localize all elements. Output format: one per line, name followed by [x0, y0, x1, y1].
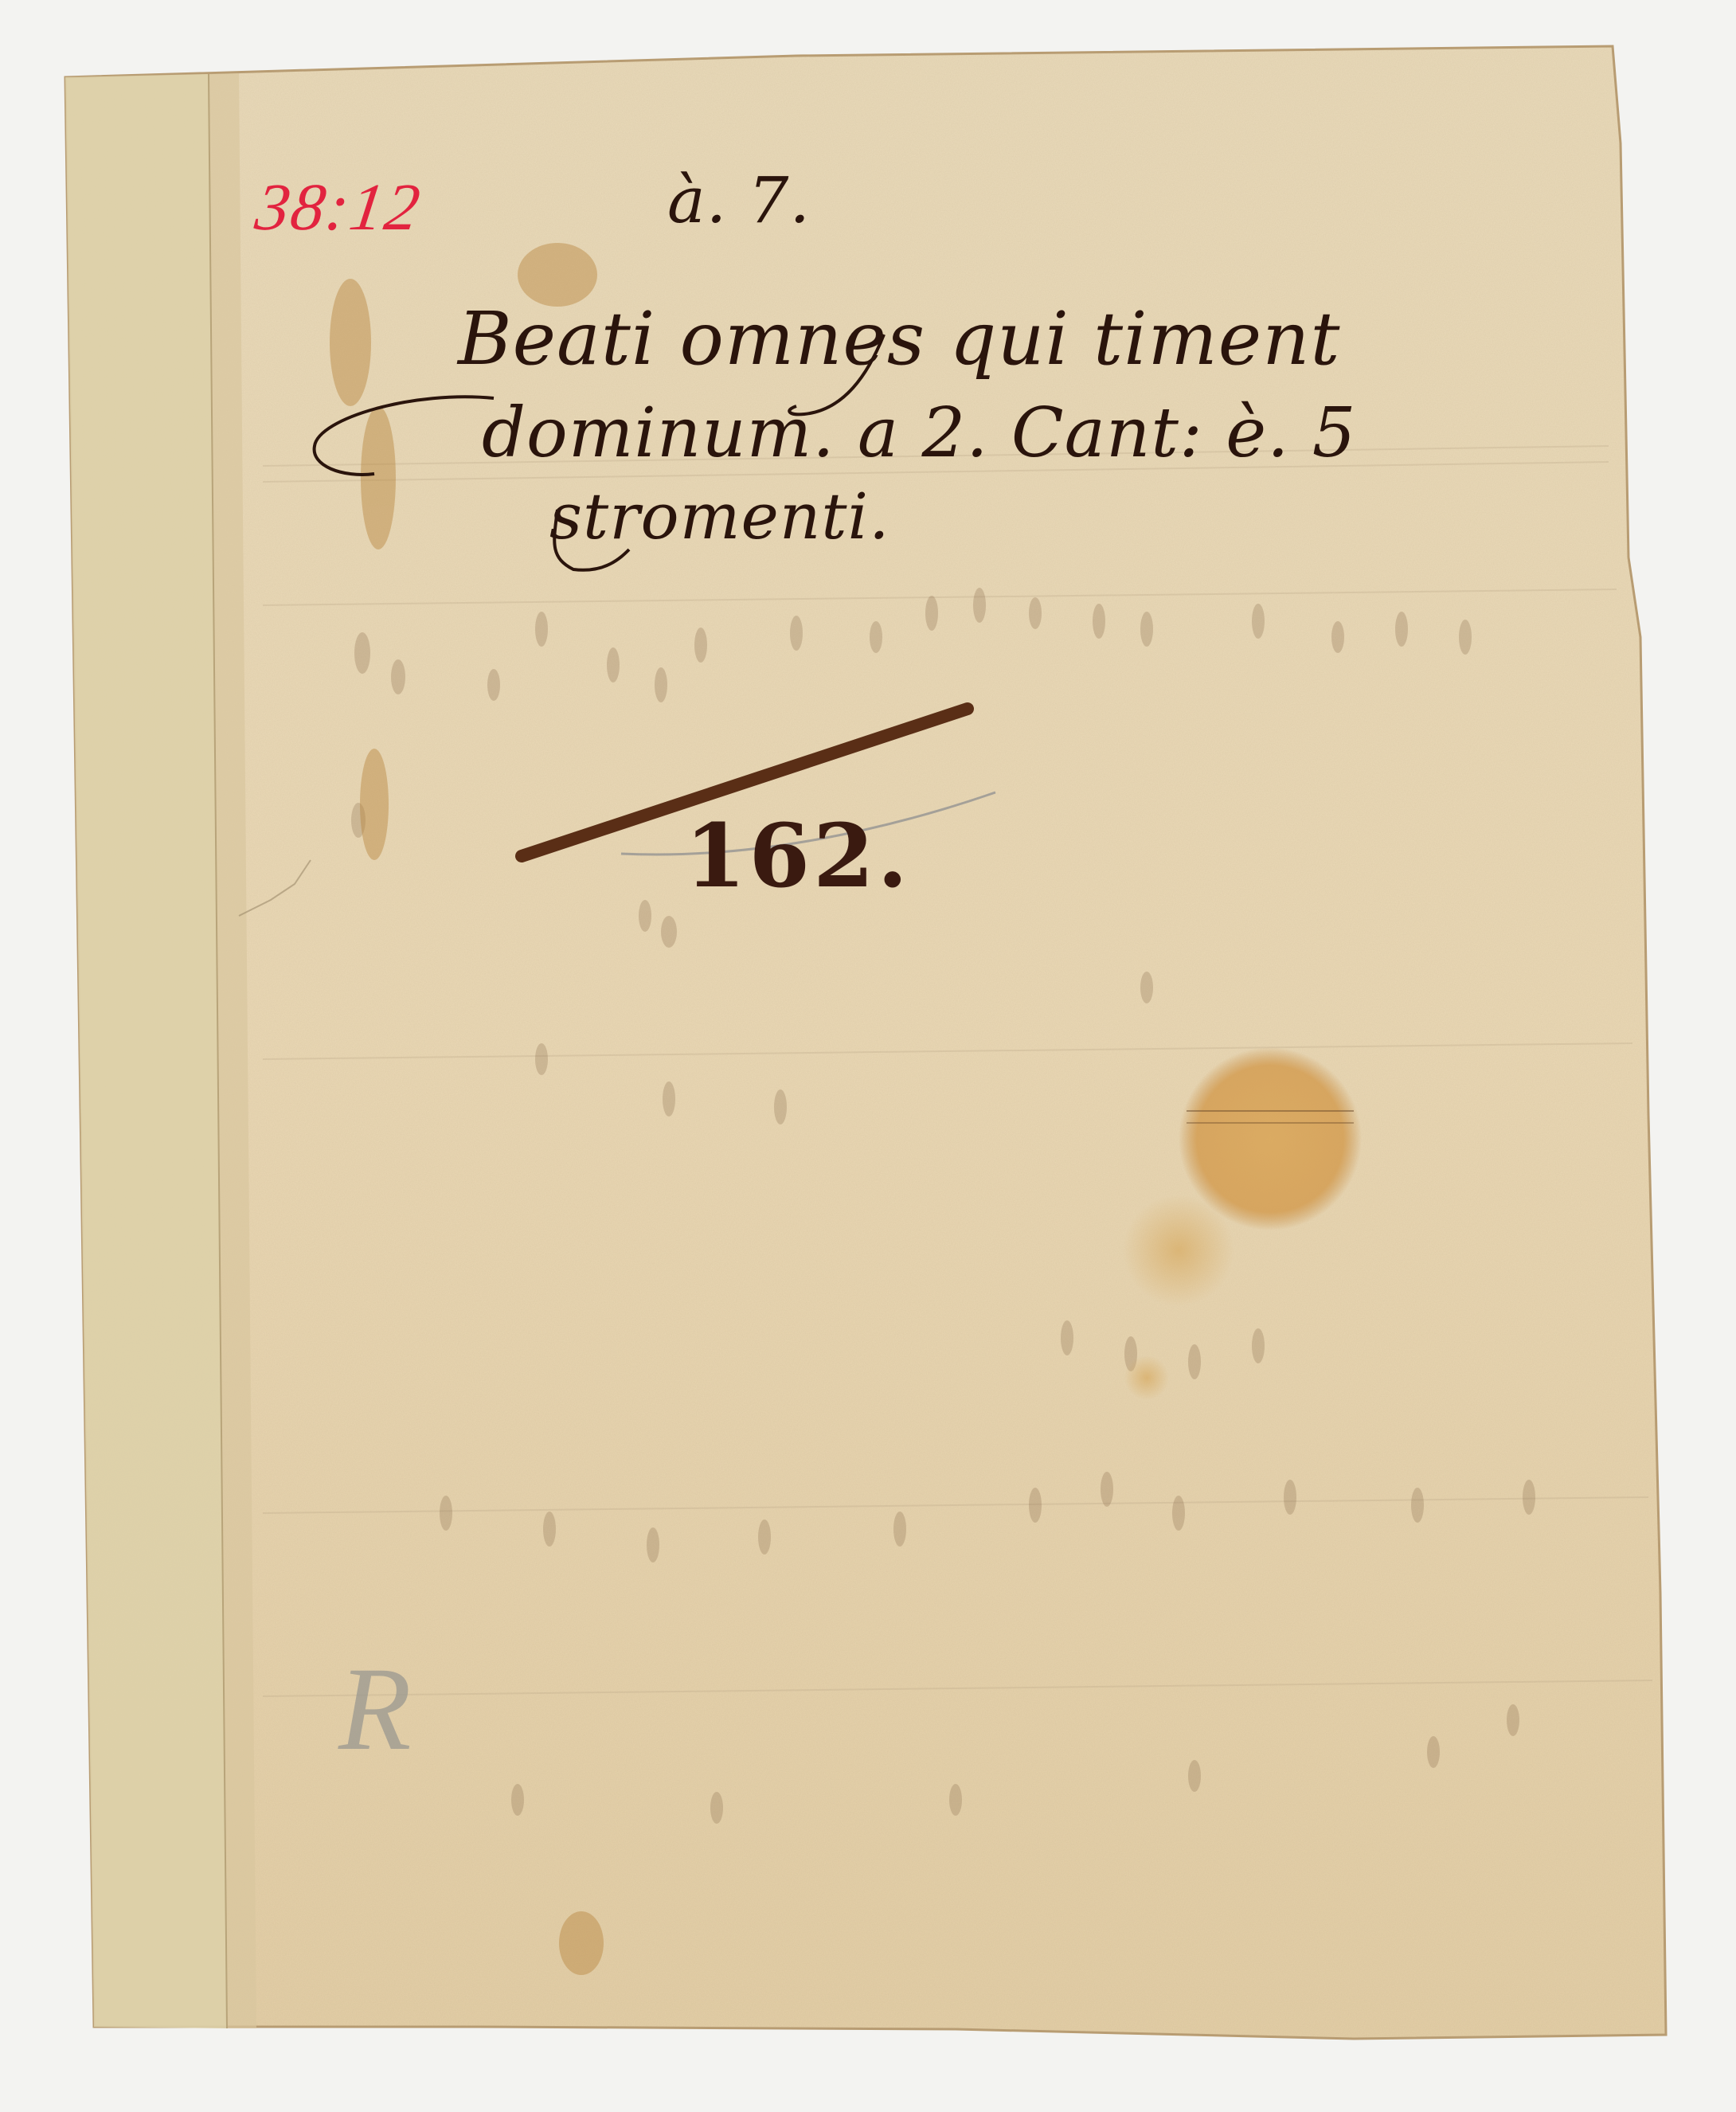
title-line-2: dominum. a 2. Cant: è. 5 — [482, 393, 1357, 473]
catalog-number: 162. — [685, 804, 911, 907]
voices-annotation: à. 7. — [667, 163, 811, 237]
pencil-mark: R — [338, 1641, 412, 1778]
red-shelfmark: 38:12 — [251, 169, 426, 246]
title-line-1: Beati omnes qui timent — [458, 296, 1340, 381]
manuscript-sheet: 38:12 à. 7. Beati omnes qui timent domin… — [0, 0, 1736, 2112]
title-line-3: stromenti. — [549, 479, 890, 553]
